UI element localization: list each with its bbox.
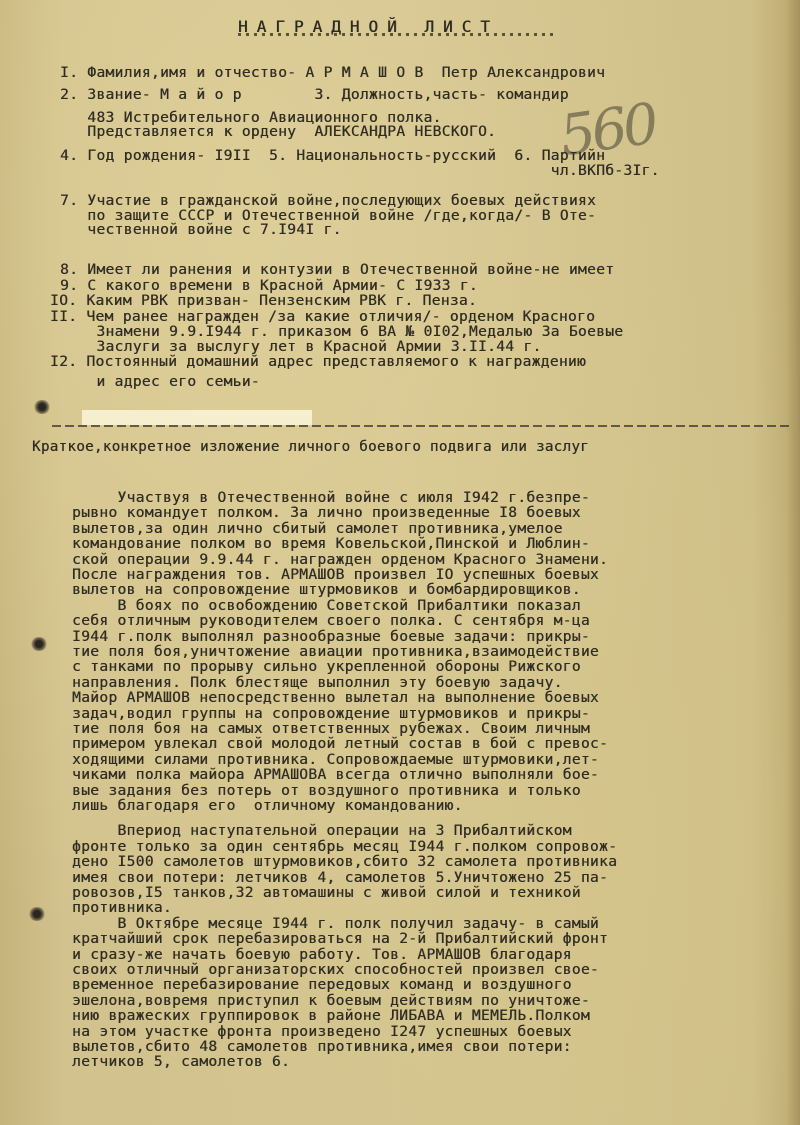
punch-hole-mark [28,907,46,921]
header-field-line: II. Чем ранее награжден /за какие отличи… [50,309,595,324]
citation-line: чиками полка майора АРМАШОВА всегда отли… [72,767,599,782]
header-field-line: 8. Имеет ли ранения и контузии в Отечест… [60,262,614,277]
header-field-line: чл.ВКПб-3Iг. [60,163,660,178]
citation-line: Майор АРМАШОВ непосредственно вылетал на… [72,690,599,705]
citation-line: В Октябре месяце I944 г. полк получил за… [72,916,599,931]
citation-line: тие поля боя на самых ответственных рубе… [72,721,590,736]
citation-line: направления. Полк блестяще выполнил эту … [72,675,563,690]
citation-line: временное перебазирование передовых кома… [72,977,572,992]
citation-line: себя отличным руководителем своего полка… [72,613,590,628]
citation-line: примером увлекал свой молодой летный сос… [72,736,608,751]
header-field-line: Представляется к ордену АЛЕКСАНДРА НЕВСК… [60,124,496,139]
citation-line: В боях по освобождению Советской Прибалт… [72,598,581,613]
header-field-line: и адрес его семьи- [60,374,260,389]
citation-line: После награждения тов. АРМАШОВ произвел … [72,567,599,582]
header-field-line: 9. С какого времени в Красной Армии- С I… [60,278,478,293]
header-field-line: 4. Год рождения- I9II 5. Национальность-… [60,148,605,163]
citation-line: задач,водил группы на сопровождение штур… [72,706,590,721]
citation-line: ской операции 9.9.44 г. награжден ордено… [72,552,608,567]
citation-line: и сразу-же начать боевую работу. Тов. АР… [72,947,572,962]
header-field-line: 7. Участие в гражданской войне,последующ… [60,193,596,208]
citation-line: I944 г.полк выполнял разнообразные боевы… [72,629,590,644]
citation-line: ровозов,I5 танков,32 автомашины с живой … [72,885,581,900]
citation-line: противника. [72,900,172,915]
section-heading: Краткое,конкретное изложение личного бое… [32,440,589,455]
citation-line: вылетов на сопровождение штурмовиков и б… [72,582,581,597]
citation-line: вые задания без потерь от воздушного про… [72,783,581,798]
citation-line: с танками по прорыву сильно укрепленной … [72,659,581,674]
punch-hole-mark [33,400,51,414]
header-field-line: I. Фамилия,имя и отчество- А Р М А Ш О В… [60,65,605,80]
citation-line: Впериод наступательной операции на 3 При… [72,823,572,838]
citation-line: фронте только за один сентябрь месяц I94… [72,839,617,854]
citation-line: тие поля боя,уничтожение авиации противн… [72,644,599,659]
citation-line: летчиков 5, самолетов 6. [72,1054,290,1069]
citation-line: рывно командует полком. За лично произве… [72,505,581,520]
citation-line: ходящими силами противника. Сопровождаем… [72,752,599,767]
citation-line: кратчайший срок перебазироваться на 2-й … [72,931,608,946]
citation-line: своих отличный организаторских способнос… [72,962,599,977]
header-field-line: Знамени 9.9.I944 г. приказом 6 ВА № 0I02… [60,324,623,339]
header-field-line: 2. Звание- М а й о р 3. Должность,часть-… [60,87,569,102]
citation-line: Участвуя в Отечественной войне с июля I9… [72,490,590,505]
redaction-box [82,410,312,425]
header-field-line: чественной войне с 7.I94I г. [60,222,342,237]
citation-line: на этом участке фронта произведено I247 … [72,1024,572,1039]
punch-hole-mark [30,637,48,651]
paper-edge-shadow [786,0,800,1125]
dashed-separator [52,425,792,427]
citation-line: вылетов,за один лично сбитый самолет про… [72,521,563,536]
header-field-line: I2. Постоянный домашний адрес представля… [50,354,586,369]
citation-line: лишь благодаря его отличному командовани… [72,798,463,813]
citation-line: вылетов,сбито 48 самолетов противника,им… [72,1039,572,1054]
citation-line: эшелона,вовремя приступил к боевым дейст… [72,993,590,1008]
citation-line: имея свои потери: летчиков 4, самолетов … [72,870,608,885]
header-field-line: Заслуги за выслугу лет в Красной Армии 3… [60,339,542,354]
citation-line: командование полком во время Ковельской,… [72,536,590,551]
title-underline [238,33,558,36]
header-field-line: IO. Каким РВК призван- Пензенским РВК г.… [50,293,477,308]
citation-line: дено I500 самолетов штурмовиков,сбито 32… [72,854,617,869]
award-sheet-page: НАГРАДНОЙ ЛИСТ 560 I. Фамилия,имя и отче… [0,0,800,1125]
citation-line: нию вражеских группировок в районе ЛИБАВ… [72,1008,590,1023]
